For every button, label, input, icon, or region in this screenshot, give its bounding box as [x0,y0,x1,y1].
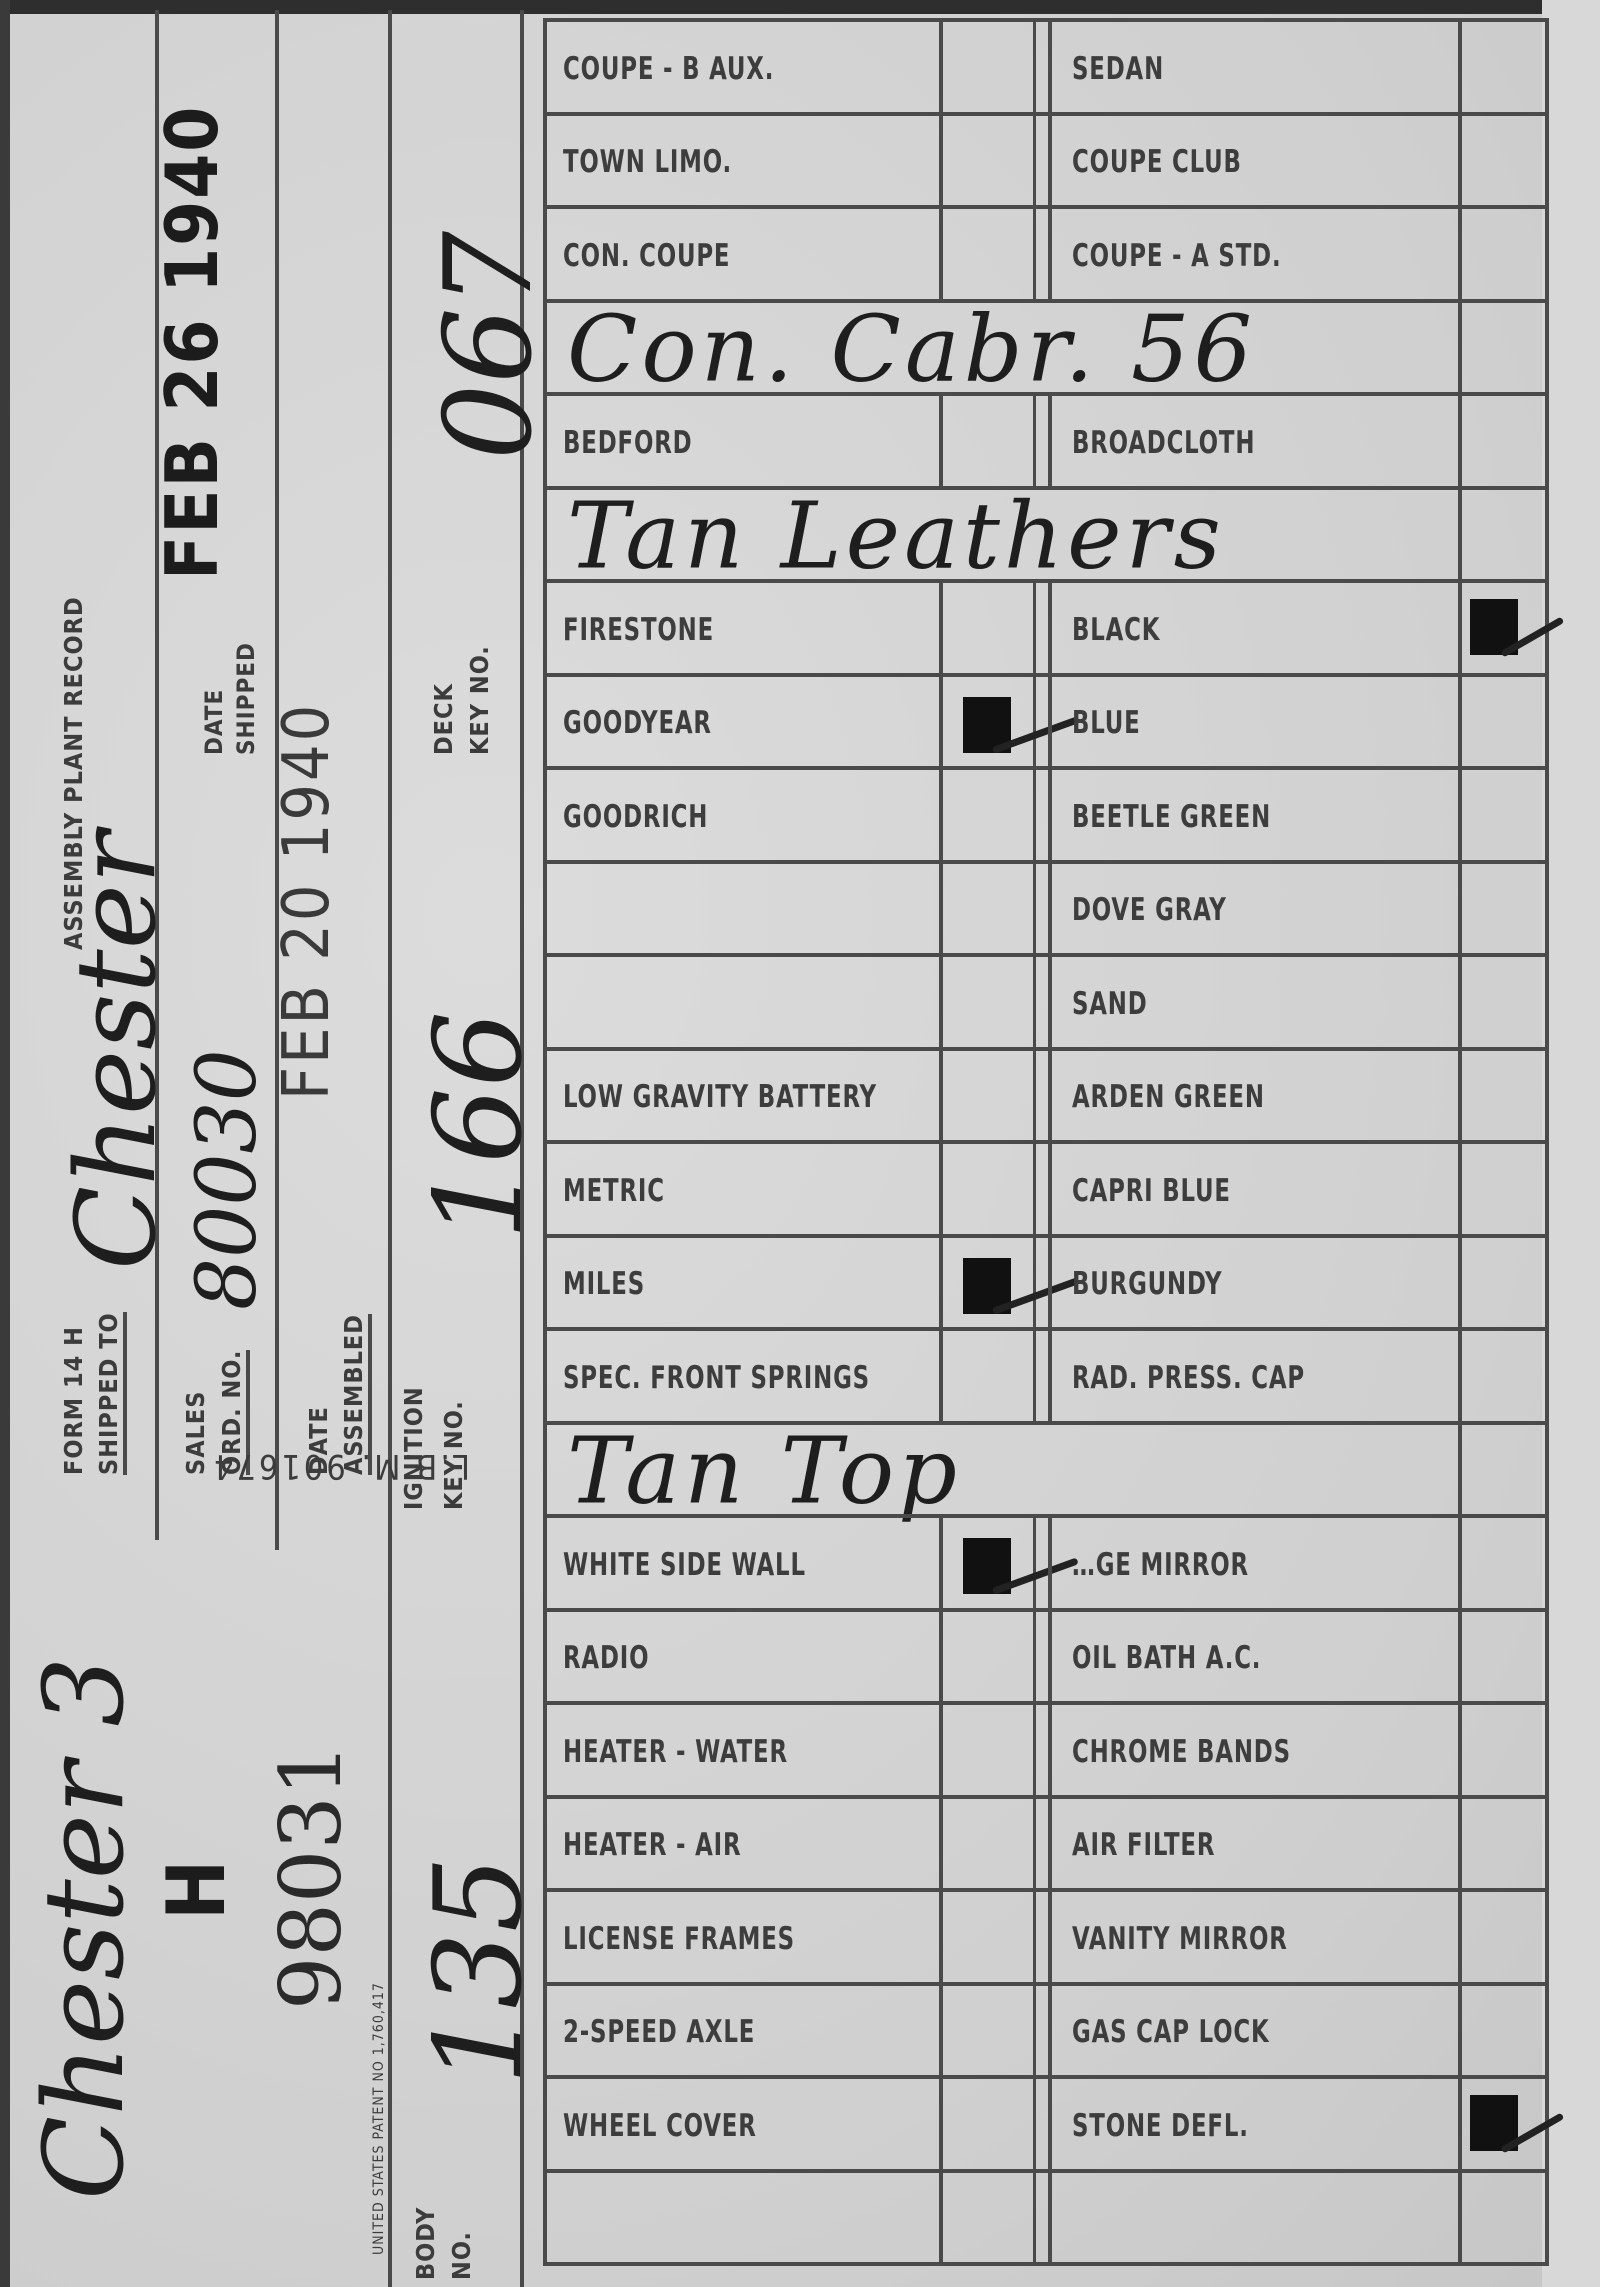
option-row: WHEEL COVERSTONE DEFL. [547,2075,1545,2173]
option-left-checkbox[interactable] [943,770,1036,864]
handwritten-body-type: Con. Cabr. 56 [567,296,1256,403]
option-row: HEATER - AIRAIR FILTER [547,1795,1545,1893]
option-right-cell: COUPE CLUB [1052,116,1462,210]
margin-note: Chester 3 [20,1657,148,2200]
check-column [1458,303,1545,397]
option-left-checkbox[interactable] [943,22,1036,116]
option-left-label: WHEEL COVER [563,2108,757,2144]
sales-ord-value: 80030 [180,1049,275,1310]
option-left-checkbox[interactable] [943,1238,1036,1332]
handwritten-row: Tan Top [547,1421,1545,1519]
column-divider [388,10,392,2287]
option-left-cell: HEATER - AIR [547,1799,943,1893]
option-left-checkbox[interactable] [943,1986,1036,2080]
double-divider [1036,770,1052,864]
option-right-checkbox[interactable] [1462,1051,1545,1145]
option-left-label: WHITE SIDE WALL [563,1547,806,1583]
body-no-value: 135 [410,1856,549,2085]
option-row: DOVE GRAY [547,860,1545,958]
option-right-checkbox[interactable] [1462,1518,1545,1612]
option-row: MILESBURGUNDY [547,1234,1545,1332]
option-right-label: STONE DEFL. [1072,2108,1249,2144]
option-left-cell [547,2173,943,2267]
double-divider [1036,2079,1052,2173]
option-row: LOW GRAVITY BATTERYARDEN GREEN [547,1047,1545,1145]
patent-number: UNITED STATES PATENT NO 1,760,417 [365,1982,393,2255]
shipped-to-value: Chester [52,832,180,1270]
deck-key-label-1: DECK [430,683,458,755]
option-right-cell: DOVE GRAY [1052,864,1462,958]
option-right-label: BURGUNDY [1072,1266,1222,1302]
option-right-label: SEDAN [1072,51,1164,87]
option-right-cell: OIL BATH A.C. [1052,1612,1462,1706]
option-right-label: CHROME BANDS [1072,1734,1291,1770]
option-right-cell: SAND [1052,957,1462,1051]
option-row [547,2169,1545,2267]
option-right-checkbox[interactable] [1462,209,1545,303]
double-divider [1036,677,1052,771]
option-row: WHITE SIDE WALL…GE MIRROR [547,1514,1545,1612]
option-right-cell [1052,2173,1462,2267]
option-left-cell: WHEEL COVER [547,2079,943,2173]
option-right-cell: RAD. PRESS. CAP [1052,1331,1462,1425]
option-right-label: DOVE GRAY [1072,892,1227,928]
option-left-cell: COUPE - B AUX. [547,22,943,116]
option-right-checkbox[interactable] [1462,1705,1545,1799]
double-divider [1036,2173,1052,2267]
option-left-label: LICENSE FRAMES [563,1921,795,1957]
option-right-checkbox[interactable] [1462,2079,1545,2173]
form-number-label: FORM 14 H [60,1326,88,1475]
option-row: FIRESTONEBLACK [547,579,1545,677]
option-left-checkbox[interactable] [943,2173,1036,2267]
option-right-checkbox[interactable] [1462,1144,1545,1238]
body-serial-number: 98031 [262,1743,360,2010]
option-left-checkbox[interactable] [943,209,1036,303]
option-left-label: METRIC [563,1173,665,1209]
option-left-label: HEATER - WATER [563,1734,788,1770]
lbm-number: L.B.M. 901674 [211,1452,470,1480]
date-assembled-value: FEB 20 1940 [270,702,344,1100]
option-left-cell: LOW GRAVITY BATTERY [547,1051,943,1145]
option-left-cell: MILES [547,1238,943,1332]
deck-key-value: 067 [420,231,559,460]
option-right-checkbox[interactable] [1462,2173,1545,2267]
option-right-label: COUPE - A STD. [1072,238,1281,274]
option-right-cell: BLACK [1052,583,1462,677]
option-row: SPEC. FRONT SPRINGSRAD. PRESS. CAP [547,1327,1545,1425]
option-row: HEATER - WATERCHROME BANDS [547,1701,1545,1799]
option-right-label: BLUE [1072,705,1141,741]
option-left-checkbox[interactable] [943,583,1036,677]
option-right-checkbox[interactable] [1462,396,1545,490]
option-right-cell: ARDEN GREEN [1052,1051,1462,1145]
option-right-checkbox[interactable] [1462,770,1545,864]
option-left-cell [547,957,943,1051]
option-right-label: BLACK [1072,612,1160,648]
double-divider [1036,583,1052,677]
option-right-checkbox[interactable] [1462,116,1545,210]
option-left-cell: CON. COUPE [547,209,943,303]
body-no-label-2: NO. [448,2231,476,2280]
option-left-checkbox[interactable] [943,1892,1036,1986]
option-left-cell [547,864,943,958]
option-right-cell: …GE MIRROR [1052,1518,1462,1612]
check-column [1458,1425,1545,1519]
option-left-label: CON. COUPE [563,238,730,274]
option-left-label: SPEC. FRONT SPRINGS [563,1360,870,1396]
double-divider [1036,1892,1052,1986]
card-top-edge [0,0,1600,14]
option-left-label: GOODRICH [563,799,708,835]
option-left-label: RADIO [563,1640,649,1676]
option-right-checkbox[interactable] [1462,1238,1545,1332]
option-right-checkbox[interactable] [1462,864,1545,958]
handwritten-trim: Tan Leathers [567,483,1225,590]
option-left-cell: SPEC. FRONT SPRINGS [547,1331,943,1425]
option-left-label: BEDFORD [563,425,692,461]
date-shipped-label-1: DATE [200,689,228,755]
option-right-checkbox[interactable] [1462,1986,1545,2080]
options-grid: COUPE - B AUX.SEDANTOWN LIMO.COUPE CLUBC… [543,18,1549,2266]
option-right-label: OIL BATH A.C. [1072,1640,1261,1676]
option-right-checkbox[interactable] [1462,1892,1545,1986]
option-right-label: GAS CAP LOCK [1072,2014,1270,2050]
option-left-cell: HEATER - WATER [547,1705,943,1799]
option-right-checkbox[interactable] [1462,1331,1545,1425]
option-left-label: 2-SPEED AXLE [563,2014,755,2050]
double-divider [1036,957,1052,1051]
option-right-cell: GAS CAP LOCK [1052,1986,1462,2080]
option-right-label: RAD. PRESS. CAP [1072,1360,1305,1396]
option-left-cell: BEDFORD [547,396,943,490]
double-divider [1036,1986,1052,2080]
option-right-checkbox[interactable] [1462,583,1545,677]
body-no-label-1: BODY [412,2207,440,2280]
assembly-plant-record-card: FORM 14 H SHIPPED TO ASSEMBLY PLANT RECO… [0,0,1600,2287]
option-row: 2-SPEED AXLEGAS CAP LOCK [547,1982,1545,2080]
double-divider [1036,1612,1052,1706]
option-right-label: ARDEN GREEN [1072,1079,1265,1115]
double-divider [1036,1518,1052,1612]
option-left-cell: WHITE SIDE WALL [547,1518,943,1612]
option-right-label: BROADCLOTH [1072,425,1255,461]
option-right-cell: COUPE - A STD. [1052,209,1462,303]
option-left-checkbox[interactable] [943,1612,1036,1706]
option-right-cell: VANITY MIRROR [1052,1892,1462,1986]
option-right-cell: AIR FILTER [1052,1799,1462,1893]
option-left-cell: GOODYEAR [547,677,943,771]
option-left-label: FIRESTONE [563,612,714,648]
handwritten-row: Tan Leathers [547,486,1545,584]
option-left-cell: RADIO [547,1612,943,1706]
option-row: BEDFORDBROADCLOTH [547,392,1545,490]
option-left-cell: GOODRICH [547,770,943,864]
double-divider [1036,1238,1052,1332]
handwritten-top: Tan Top [567,1418,961,1525]
double-divider [1036,1051,1052,1145]
option-row: RADIOOIL BATH A.C. [547,1608,1545,1706]
option-left-checkbox[interactable] [943,1518,1036,1612]
option-right-cell: BROADCLOTH [1052,396,1462,490]
option-left-checkbox[interactable] [943,396,1036,490]
option-left-checkbox[interactable] [943,1331,1036,1425]
card-left-edge [0,0,10,2287]
option-right-cell: BURGUNDY [1052,1238,1462,1332]
option-row: TOWN LIMO.COUPE CLUB [547,112,1545,210]
double-divider [1036,209,1052,303]
handwritten-row: Con. Cabr. 56 [547,299,1545,397]
double-divider [1036,1705,1052,1799]
option-right-cell: SEDAN [1052,22,1462,116]
date-shipped-value: FEB 26 1940 [150,105,234,580]
option-left-checkbox[interactable] [943,1144,1036,1238]
option-left-cell: FIRESTONE [547,583,943,677]
option-left-cell: TOWN LIMO. [547,116,943,210]
option-left-label: GOODYEAR [563,705,712,741]
date-shipped-label-2: SHIPPED [232,642,260,755]
check-column [1458,490,1545,584]
option-row: GOODYEARBLUE [547,673,1545,771]
option-row: SAND [547,953,1545,1051]
option-left-label: TOWN LIMO. [563,144,732,180]
option-right-cell: CHROME BANDS [1052,1705,1462,1799]
double-divider [1036,22,1052,116]
option-right-label: COUPE CLUB [1072,144,1242,180]
body-serial-prefix: H [150,1860,243,1920]
option-left-label: LOW GRAVITY BATTERY [563,1079,877,1115]
option-right-label: SAND [1072,986,1148,1022]
option-row: COUPE - B AUX.SEDAN [547,18,1545,116]
option-left-checkbox[interactable] [943,2079,1036,2173]
option-left-label: HEATER - AIR [563,1827,741,1863]
option-right-checkbox[interactable] [1462,1612,1545,1706]
option-right-label: VANITY MIRROR [1072,1921,1288,1957]
option-row: LICENSE FRAMESVANITY MIRROR [547,1888,1545,1986]
option-left-checkbox[interactable] [943,864,1036,958]
option-left-checkbox[interactable] [943,957,1036,1051]
option-left-checkbox[interactable] [943,116,1036,210]
option-right-cell: STONE DEFL. [1052,2079,1462,2173]
option-left-checkbox[interactable] [943,1051,1036,1145]
option-right-checkbox[interactable] [1462,1799,1545,1893]
option-left-cell: METRIC [547,1144,943,1238]
option-right-checkbox[interactable] [1462,22,1545,116]
option-right-label: CAPRI BLUE [1072,1173,1231,1209]
option-right-label: …GE MIRROR [1072,1547,1249,1583]
option-row: CON. COUPECOUPE - A STD. [547,205,1545,303]
double-divider [1036,116,1052,210]
card-right-margin [1542,0,1600,2287]
shipped-to-label: SHIPPED TO [95,1312,127,1475]
option-row: METRICCAPRI BLUE [547,1140,1545,1238]
double-divider [1036,396,1052,490]
option-left-checkbox[interactable] [943,677,1036,771]
option-left-cell: LICENSE FRAMES [547,1892,943,1986]
option-left-label: COUPE - B AUX. [563,51,774,87]
option-right-cell: BEETLE GREEN [1052,770,1462,864]
option-right-checkbox[interactable] [1462,957,1545,1051]
double-divider [1036,1331,1052,1425]
double-divider [1036,864,1052,958]
deck-key-label-2: KEY NO. [466,645,494,755]
option-right-label: BEETLE GREEN [1072,799,1271,835]
sales-ord-label-1: SALES [182,1390,210,1475]
option-right-checkbox[interactable] [1462,677,1545,771]
option-left-checkbox[interactable] [943,1705,1036,1799]
option-left-label: MILES [563,1266,645,1302]
option-left-checkbox[interactable] [943,1799,1036,1893]
option-right-cell: CAPRI BLUE [1052,1144,1462,1238]
option-right-label: AIR FILTER [1072,1827,1215,1863]
ignition-key-value: 166 [410,1011,549,1240]
option-right-cell: BLUE [1052,677,1462,771]
option-left-cell: 2-SPEED AXLE [547,1986,943,2080]
option-row: GOODRICHBEETLE GREEN [547,766,1545,864]
double-divider [1036,1144,1052,1238]
double-divider [1036,1799,1052,1893]
